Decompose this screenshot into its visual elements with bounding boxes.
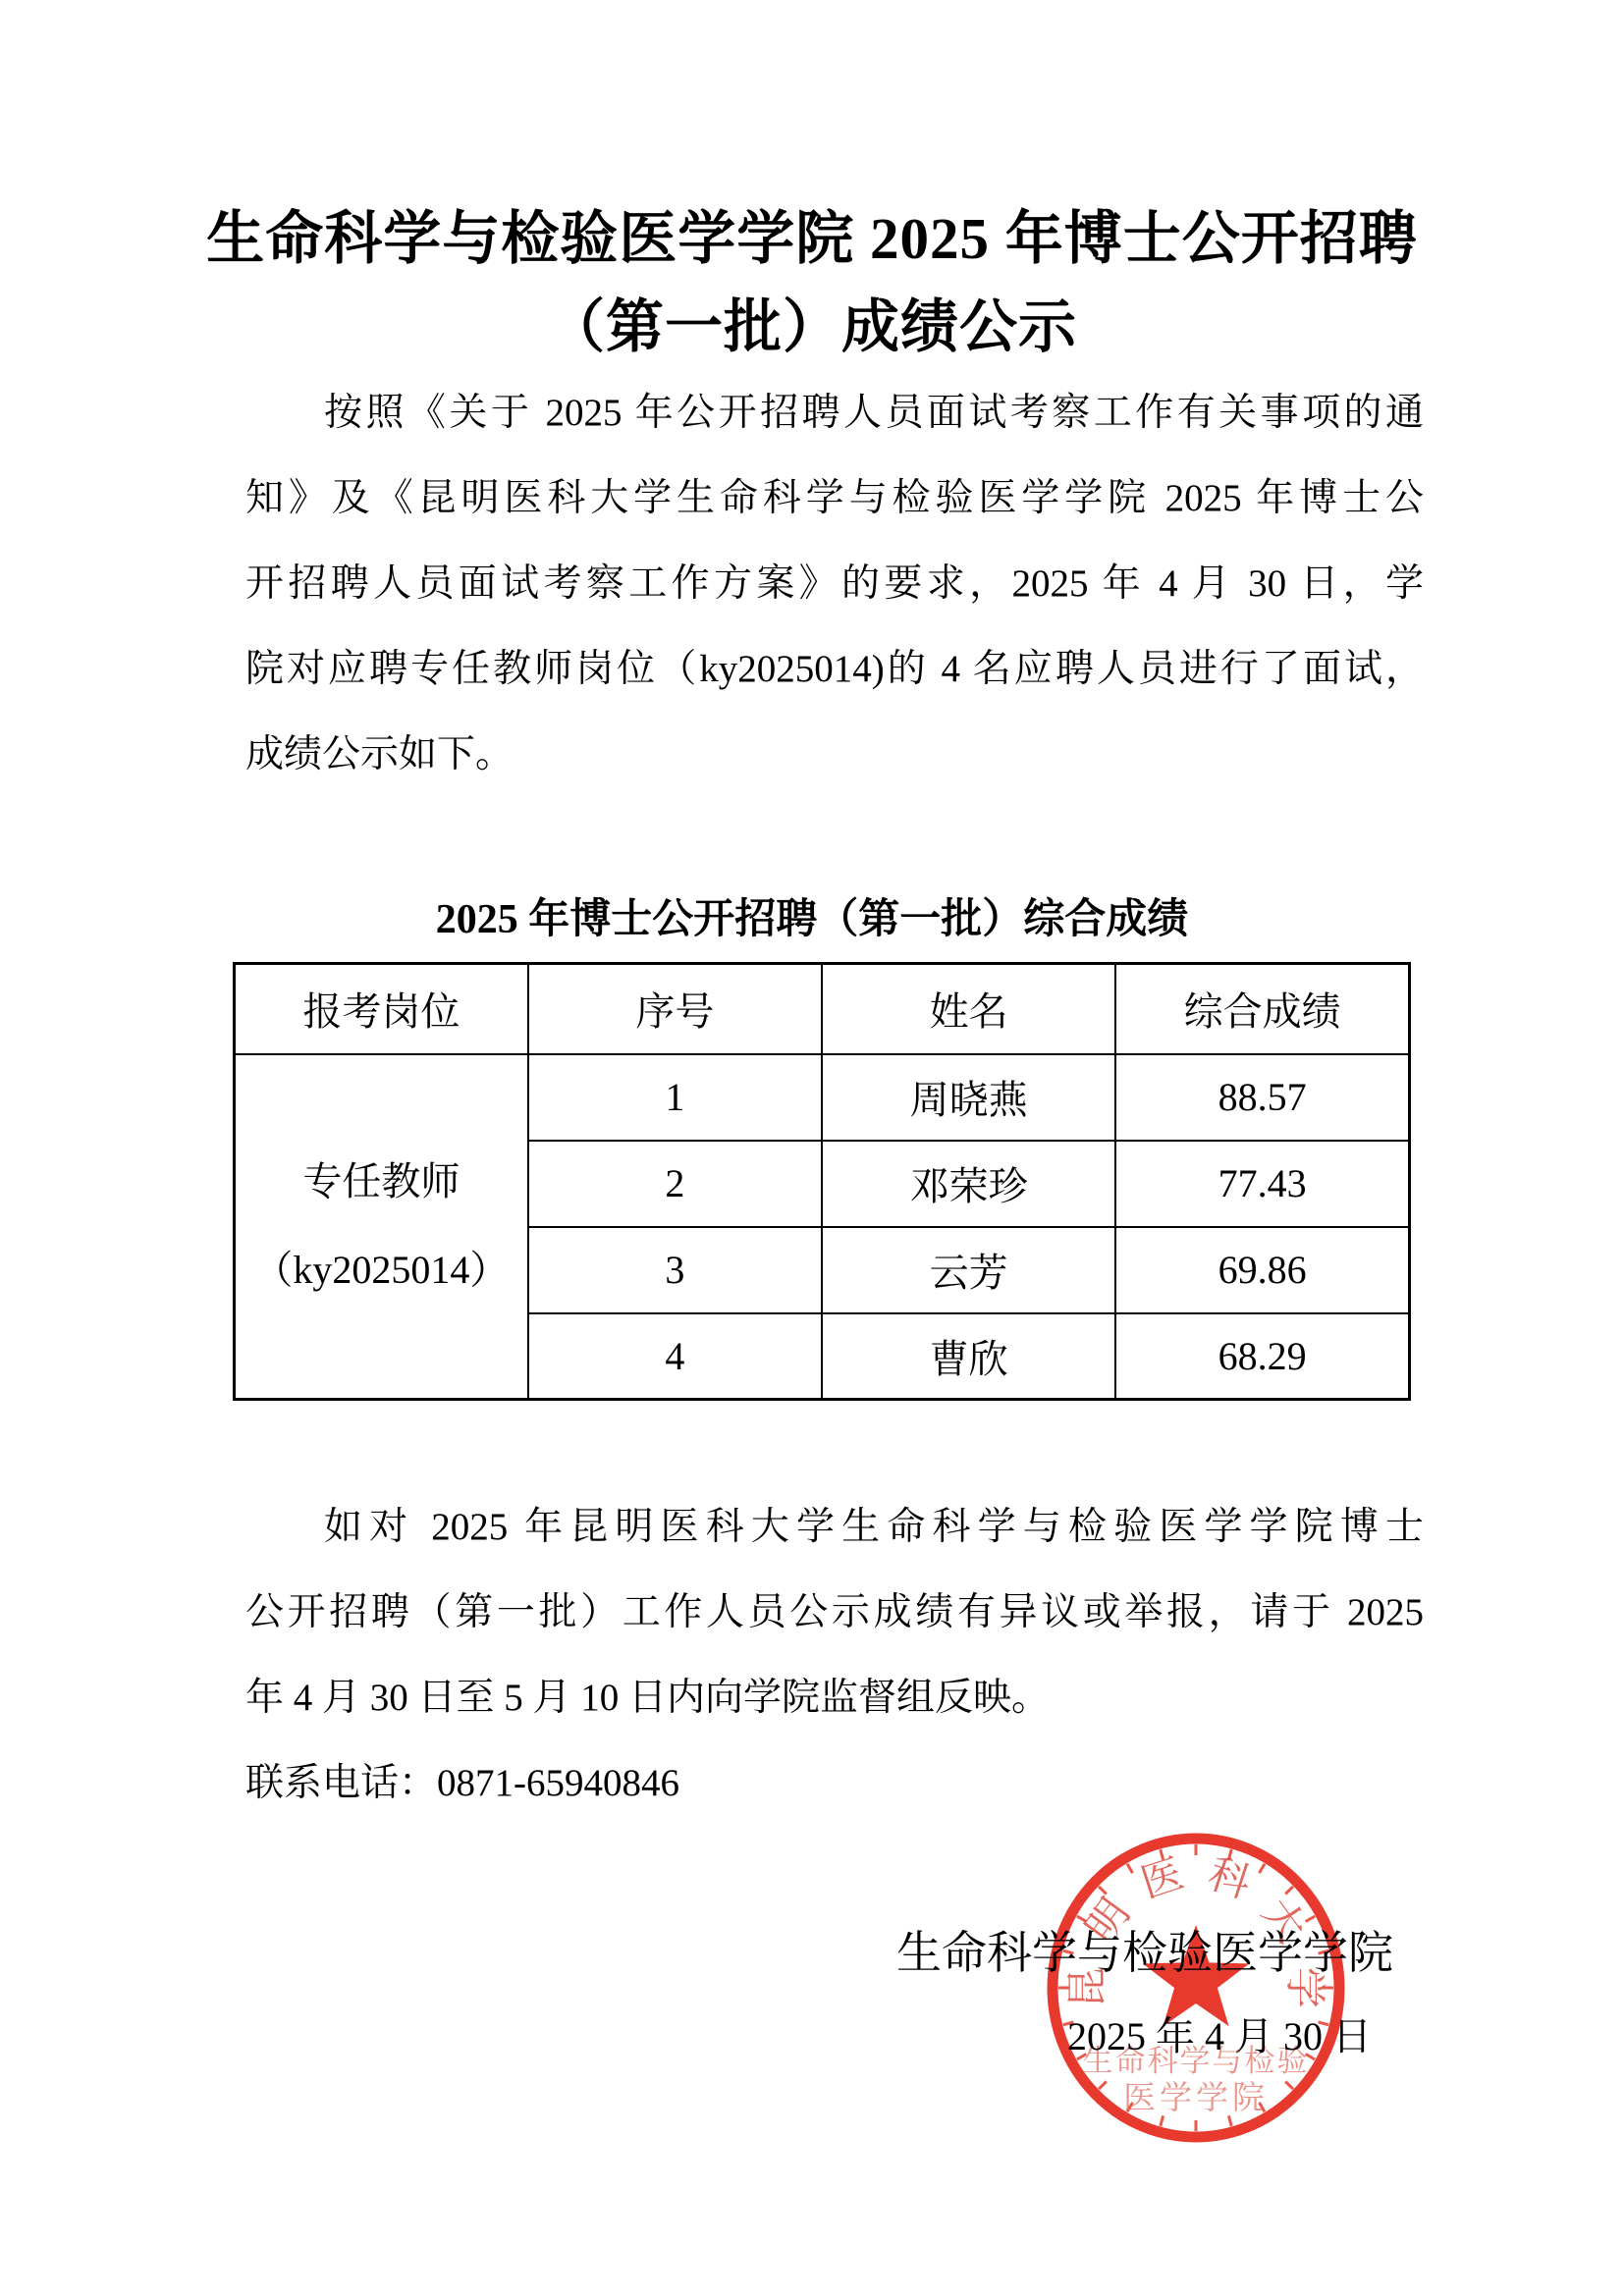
- table-header-row: 报考岗位 序号 姓名 综合成绩: [235, 964, 1410, 1054]
- col-header-number: 序号: [528, 964, 822, 1054]
- seal-tick: [1099, 2082, 1107, 2090]
- table-caption: 2025 年博士公开招聘（第一批）综合成绩: [0, 895, 1624, 944]
- score-table: 报考岗位 序号 姓名 综合成绩 专任教师 （ky2025014） 1 周晓燕 8…: [233, 962, 1411, 1401]
- cell-name: 邓荣珍: [822, 1141, 1115, 1227]
- cell-score: 88.57: [1115, 1054, 1409, 1141]
- paragraph-line: 如对 2025 年昆明医科大学生命科学与检验医学学院博士: [245, 1484, 1424, 1570]
- cell-number: 2: [528, 1141, 822, 1227]
- seal-tick: [1285, 2082, 1293, 2090]
- cell-name: 云芳: [822, 1227, 1115, 1313]
- position-cell: 专任教师 （ky2025014）: [235, 1054, 528, 1400]
- seal-bottom-line2: 医学学院: [1123, 2080, 1269, 2116]
- position-code: （ky2025014）: [236, 1226, 527, 1314]
- col-header-score: 综合成绩: [1115, 964, 1409, 1054]
- cell-number: 1: [528, 1054, 822, 1141]
- seal-tick: [1161, 2115, 1164, 2126]
- seal-arc-char: 医: [1136, 1851, 1189, 1907]
- document-title-line2: （第一批）成绩公示: [0, 283, 1624, 371]
- paragraph-line: 按照《关于 2025 年公开招聘人员面试考察工作有关事项的通: [245, 370, 1424, 455]
- seal-tick: [1127, 1864, 1133, 1874]
- cell-number: 3: [528, 1227, 822, 1313]
- seal-arc-char: 科: [1203, 1851, 1256, 1907]
- contact-phone-line: 联系电话：0871-65940846: [245, 1740, 1424, 1826]
- paragraph-line: 院对应聘专任教师岗位（ky2025014)的 4 名应聘人员进行了面试，: [245, 626, 1424, 712]
- cell-number: 4: [528, 1313, 822, 1400]
- signature-date: 2025 年 4 月 30 日: [0, 1995, 1624, 2079]
- paragraph-line: 公开招聘（第一批）工作人员公示成绩有异议或举报，请于 2025: [245, 1570, 1424, 1655]
- document-page: 昆 明 医 科 大 学 生命科学与检验 医学学院 生命科学与检验医学学院 202…: [0, 0, 1624, 2296]
- cell-score: 77.43: [1115, 1141, 1409, 1227]
- signature-organization: 生命科学与检验医学学院: [0, 1910, 1624, 1997]
- cell-name: 周晓燕: [822, 1054, 1115, 1141]
- intro-paragraph: 按照《关于 2025 年公开招聘人员面试考察工作有关事项的通 知》及《昆明医科大…: [245, 370, 1424, 797]
- seal-tick: [1228, 2115, 1231, 2126]
- col-header-position: 报考岗位: [235, 964, 528, 1054]
- cell-score: 69.86: [1115, 1227, 1409, 1313]
- document-title-line1: 生命科学与检验医学学院 2025 年博士公开招聘: [0, 194, 1624, 283]
- cell-name: 曹欣: [822, 1313, 1115, 1400]
- paragraph-line: 知》及《昆明医科大学生命科学与检验医学学院 2025 年博士公: [245, 455, 1424, 541]
- position-name: 专任教师: [236, 1138, 527, 1226]
- paragraph-line: 开招聘人员面试考察工作方案》的要求，2025 年 4 月 30 日，学: [245, 541, 1424, 626]
- paragraph-line: 成绩公示如下。: [245, 712, 1424, 797]
- table-row: 专任教师 （ky2025014） 1 周晓燕 88.57: [235, 1054, 1410, 1141]
- seal-tick: [1260, 1864, 1266, 1874]
- appeal-paragraph: 如对 2025 年昆明医科大学生命科学与检验医学学院博士 公开招聘（第一批）工作…: [245, 1484, 1424, 1826]
- paragraph-line: 年 4 月 30 日至 5 月 10 日内向学院监督组反映。: [245, 1655, 1424, 1740]
- cell-score: 68.29: [1115, 1313, 1409, 1400]
- col-header-name: 姓名: [822, 964, 1115, 1054]
